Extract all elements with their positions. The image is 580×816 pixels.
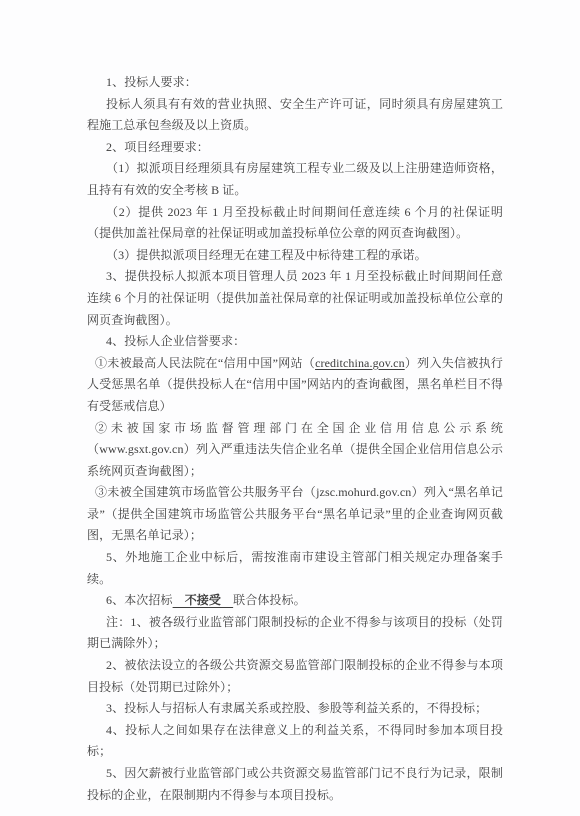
paragraph: 5、外地施工企业中标后，需按淮南市建设主管部门相关规定办理备案手续。: [87, 547, 503, 590]
text-run: 5、因欠薪被行业监管部门或公共资源交易监管部门记不良行为记录，限制投标的企业，在…: [87, 766, 503, 802]
paragraph: 4、投标人之间如果存在法律意义上的利益关系，不得同时参加本项目投标；: [87, 720, 503, 763]
paragraph: 投标人须具有有效的营业执照、安全生产许可证，同时须具有房屋建筑工程施工总承包叁级…: [87, 94, 503, 137]
text-run: 注：1、被各级行业监管部门限制投标的企业不得参与该项目的投标（处罚期已满除外）；: [87, 615, 503, 651]
document-body: 1、投标人要求：投标人须具有有效的营业执照、安全生产许可证，同时须具有房屋建筑工…: [87, 72, 503, 806]
paragraph: 2、被依法设立的各级公共资源交易监管部门限制投标的企业不得参与本项目投标（处罚期…: [87, 655, 503, 698]
text-run: 4、投标人之间如果存在法律意义上的利益关系，不得同时参加本项目投标；: [87, 723, 503, 759]
paragraph: ②未被国家市场监督管理部门在全国企业信用信息公示系统（www.gsxt.gov.…: [87, 418, 503, 483]
creditchina-url: creditchina.gov.cn: [315, 356, 405, 370]
paragraph: 2、项目经理要求：: [87, 137, 503, 159]
text-run: ③未被全国建筑市场监管公共服务平台（jzsc.mohurd.gov.cn）列入“…: [87, 485, 503, 542]
text-run: 3、提供投标人拟派本项目管理人员 2023 年 1 月至投标截止时间期间任意连续…: [87, 269, 503, 326]
text-run: （1）拟派项目经理须具有房屋建筑工程专业二级及以上注册建造师资格，且持有有效的安…: [87, 161, 503, 197]
text-run: （3）提供拟派项目经理无在建工程及中标待建工程的承诺。: [106, 248, 427, 262]
text-run: 联合体投标。: [233, 593, 306, 607]
paragraph: 1、投标人要求：: [87, 72, 503, 94]
text-run: 4、投标人企业信誉要求：: [106, 334, 245, 348]
paragraph: （3）提供拟派项目经理无在建工程及中标待建工程的承诺。: [87, 245, 503, 267]
text-run: （2）提供 2023 年 1 月至投标截止时间期间任意连续 6 个月的社保证明（…: [87, 205, 503, 241]
text-run: 2、被依法设立的各级公共资源交易监管部门限制投标的企业不得参与本项目投标（处罚期…: [87, 658, 503, 694]
text-run: 投标人须具有有效的营业执照、安全生产许可证，同时须具有房屋建筑工程施工总承包叁级…: [87, 97, 503, 133]
paragraph: （1）拟派项目经理须具有房屋建筑工程专业二级及以上注册建造师资格，且持有有效的安…: [87, 158, 503, 201]
paragraph: 4、投标人企业信誉要求：: [87, 331, 503, 353]
text-run: 3、投标人与招标人有隶属关系或控股、参股等利益关系的，不得投标；: [106, 701, 487, 715]
text-run: 1、投标人要求：: [106, 75, 197, 89]
paragraph: 注：1、被各级行业监管部门限制投标的企业不得参与该项目的投标（处罚期已满除外）；: [87, 612, 503, 655]
paragraph: ③未被全国建筑市场监管公共服务平台（jzsc.mohurd.gov.cn）列入“…: [87, 482, 503, 547]
text-run: 5、外地施工企业中标后，需按淮南市建设主管部门相关规定办理备案手续。: [87, 550, 503, 586]
paragraph: 3、提供投标人拟派本项目管理人员 2023 年 1 月至投标截止时间期间任意连续…: [87, 266, 503, 331]
paragraph: 6、本次招标 不接受 联合体投标。: [87, 590, 503, 612]
text-run: 6、本次招标: [106, 593, 173, 607]
text-run: ①未被最高人民法院在“信用中国”网站（: [95, 356, 315, 370]
text-run: 2、项目经理要求：: [106, 140, 209, 154]
paragraph: （2）提供 2023 年 1 月至投标截止时间期间任意连续 6 个月的社保证明（…: [87, 202, 503, 245]
paragraph: 5、因欠薪被行业监管部门或公共资源交易监管部门记不良行为记录，限制投标的企业，在…: [87, 763, 503, 806]
paragraph: 3、投标人与招标人有隶属关系或控股、参股等利益关系的，不得投标；: [87, 698, 503, 720]
text-run: ②未被国家市场监督管理部门在全国企业信用信息公示系统（www.gsxt.gov.…: [87, 421, 503, 478]
document-page: 1、投标人要求：投标人须具有有效的营业执照、安全生产许可证，同时须具有房屋建筑工…: [0, 0, 580, 816]
no-consortium-emphasis: 不接受: [173, 593, 234, 607]
paragraph: ①未被最高人民法院在“信用中国”网站（creditchina.gov.cn）列入…: [87, 353, 503, 418]
